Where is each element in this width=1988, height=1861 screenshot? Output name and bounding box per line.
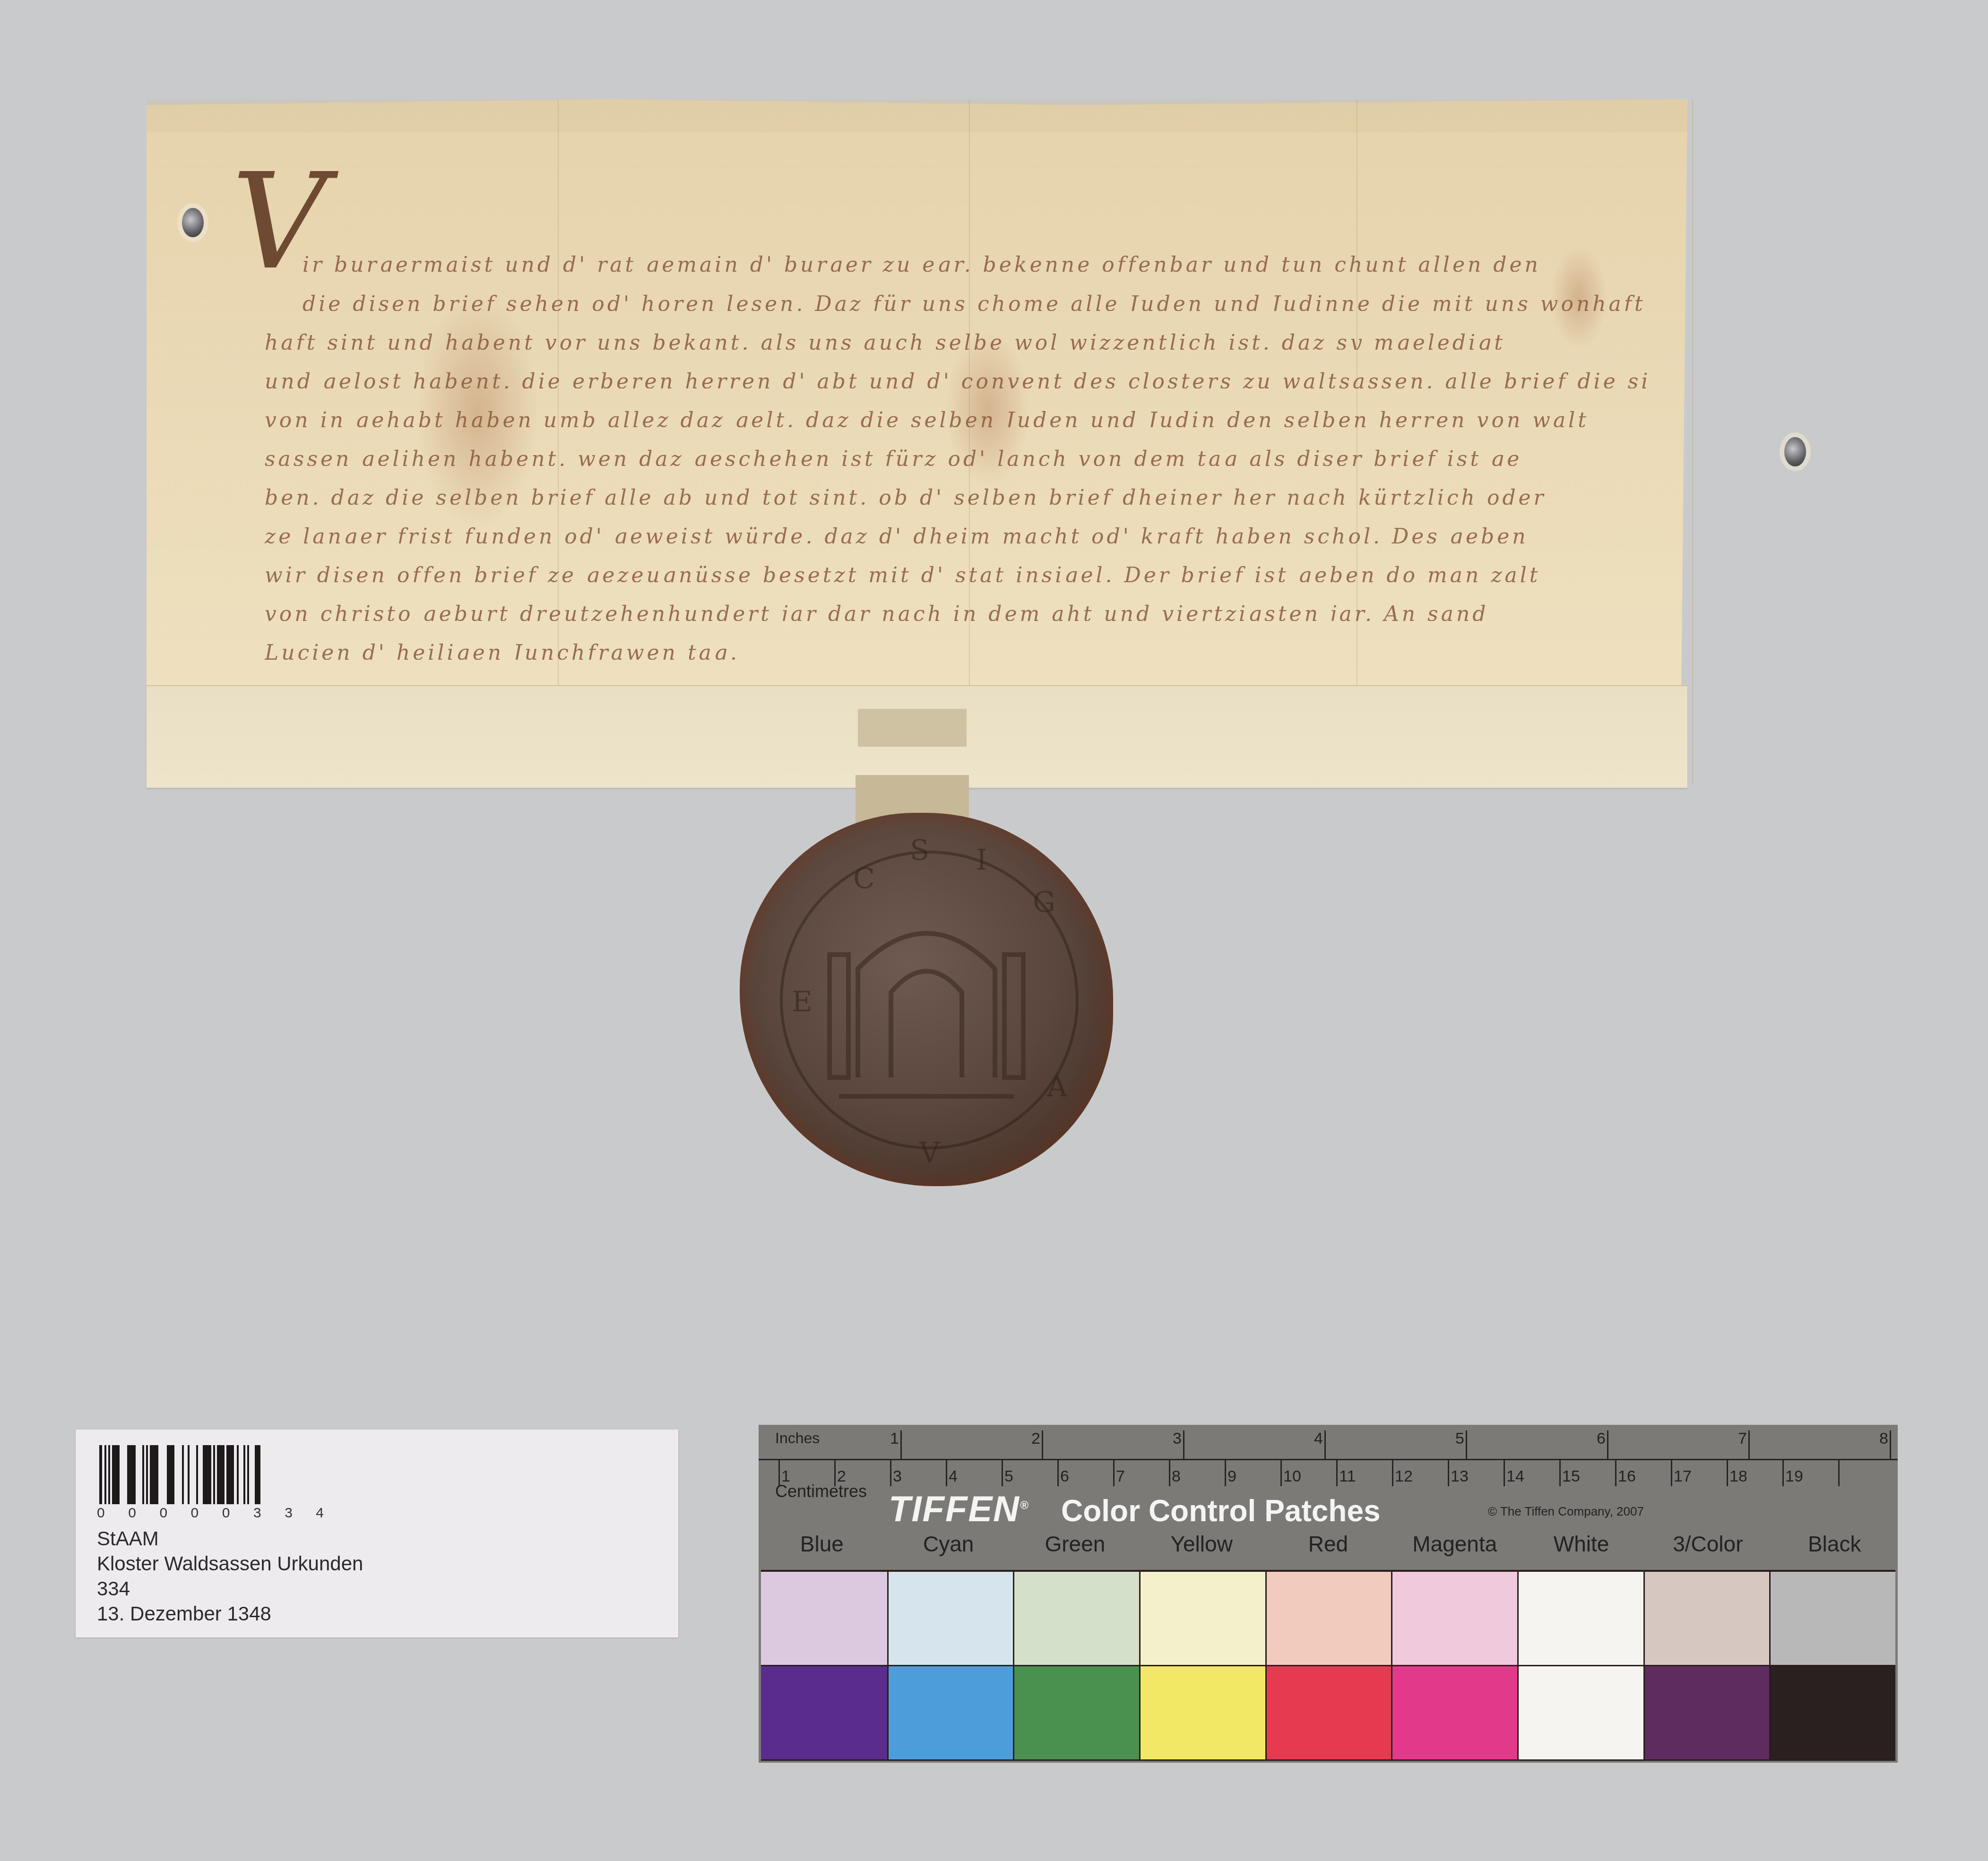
cm-mark: 8 (1172, 1467, 1181, 1486)
color-patch-red-light (1265, 1572, 1392, 1666)
svg-text:A: A (1046, 1070, 1068, 1103)
label-date: 13. Dezember 1348 (97, 1603, 271, 1625)
cm-mark: 3 (893, 1467, 902, 1486)
barcode-digit: 0 (159, 1505, 167, 1524)
color-patch-blue-dark (761, 1666, 887, 1761)
color-patch-white-light (1517, 1572, 1643, 1666)
patch-label: Cyan (885, 1531, 1012, 1564)
ruler: 1 2 3 4 5 6 7 8 1 2 3 4 5 6 7 8 9 10 11 … (759, 1425, 1898, 1491)
patch-label: Red (1265, 1531, 1392, 1564)
cm-mark: 12 (1395, 1467, 1413, 1486)
script-line: von in gehabt haben umb allez daz gelt. … (265, 408, 1706, 427)
color-patch-grid (761, 1570, 1895, 1761)
barcode-digit: 0 (97, 1505, 105, 1524)
color-patch-magenta-dark (1391, 1666, 1517, 1761)
script-line: haft sint und habent vor uns bekant. als… (265, 331, 1706, 350)
inch-mark: 2 (1031, 1430, 1040, 1448)
label-collection: Kloster Waldsassen Urkunden (97, 1552, 363, 1575)
color-patch-yellow-light (1139, 1572, 1265, 1666)
mounting-hole-icon (182, 208, 204, 237)
patch-label: Black (1771, 1531, 1898, 1564)
inch-mark: 6 (1597, 1430, 1606, 1448)
inches-label: Inches (775, 1430, 820, 1447)
svg-text:I: I (976, 844, 987, 877)
inch-mark: 4 (1314, 1430, 1323, 1448)
centimetres-label: Centimetres (775, 1482, 867, 1501)
inch-mark: 7 (1738, 1430, 1747, 1448)
chart-title: Color Control Patches (1061, 1493, 1381, 1528)
cm-mark: 19 (1785, 1467, 1803, 1486)
script-line: und gelost habent. die erberen herren d'… (265, 370, 1706, 388)
cm-mark: 6 (1060, 1467, 1069, 1486)
barcode-digit: 3 (285, 1505, 293, 1524)
label-number: 334 (97, 1577, 130, 1600)
decorated-initial: V (232, 156, 307, 298)
cm-mark: 7 (1116, 1467, 1125, 1486)
barcode-digit: 0 (222, 1505, 230, 1524)
color-patch-magenta-light (1391, 1572, 1517, 1666)
seal-gateway-icon: SCI GEAV (740, 813, 1113, 1186)
svg-text:S: S (910, 834, 929, 867)
barcode-digit: 3 (253, 1505, 261, 1524)
patch-labels: Blue Cyan Green Yellow Red Magenta White… (759, 1531, 1898, 1564)
patch-label: White (1518, 1531, 1645, 1564)
cm-mark: 15 (1562, 1467, 1580, 1486)
copyright-text: © The Tiffen Company, 2007 (1488, 1504, 1644, 1519)
parchment-crease (558, 99, 559, 784)
cm-mark: 18 (1729, 1467, 1747, 1486)
patch-label: Green (1012, 1531, 1139, 1564)
inch-mark: 8 (1879, 1430, 1888, 1448)
brand-name: TIFFEN (889, 1489, 1020, 1529)
script-line: von christo geburt dreutzehenhundert jar… (265, 602, 1706, 621)
mounting-hole-icon (1784, 437, 1806, 466)
svg-text:G: G (1033, 886, 1055, 919)
svg-text:V: V (919, 1137, 941, 1170)
seal-strap-slot (858, 709, 967, 747)
parchment-crease (1692, 99, 1693, 784)
color-patch-black-light (1769, 1572, 1895, 1666)
barcode (99, 1445, 321, 1504)
color-patch-green-dark (1013, 1666, 1139, 1761)
color-patch-yellow-dark (1139, 1666, 1265, 1761)
color-patch-red-dark (1265, 1666, 1392, 1761)
cm-mark: 17 (1674, 1467, 1692, 1486)
patch-label: Yellow (1138, 1531, 1265, 1564)
tiffen-logo: TIFFEN® (889, 1489, 1029, 1530)
label-archive: StAAM (97, 1527, 159, 1550)
parchment-top-fold (147, 99, 1687, 132)
color-patch-blue-light (761, 1572, 887, 1666)
color-patch-white-dark (1517, 1666, 1643, 1761)
color-patch-black-dark (1769, 1666, 1895, 1761)
cm-mark: 10 (1283, 1467, 1301, 1486)
color-patch-3-color-light (1643, 1572, 1770, 1666)
barcode-digits: 0 0 0 0 0 3 3 4 (97, 1505, 324, 1524)
color-patch-green-light (1013, 1572, 1139, 1666)
inch-mark: 3 (1173, 1430, 1182, 1448)
patch-label: Blue (759, 1531, 885, 1564)
cm-mark: 14 (1506, 1467, 1524, 1486)
cm-mark: 4 (949, 1467, 958, 1486)
script-line: ben. daz die selben brief alle ab und to… (265, 486, 1706, 505)
barcode-digit: 0 (128, 1505, 136, 1524)
parchment-crease (1357, 99, 1357, 784)
script-line: sassen gelihen habent. wen daz geschehen… (265, 447, 1706, 466)
cm-mark: 16 (1618, 1467, 1636, 1486)
inch-mark: 1 (890, 1430, 899, 1448)
barcode-digit: 0 (191, 1505, 199, 1524)
barcode-digit: 4 (316, 1505, 324, 1524)
script-line: wir disen offen brief ze gezeugnüsse bes… (265, 563, 1706, 582)
patch-label: Magenta (1392, 1531, 1518, 1564)
color-patch-cyan-dark (887, 1666, 1013, 1761)
inch-mark: 5 (1455, 1430, 1464, 1448)
cm-mark: 9 (1227, 1467, 1236, 1486)
patch-label: 3/Color (1644, 1531, 1771, 1564)
registered-mark: ® (1020, 1499, 1029, 1512)
script-line: ze langer frist funden od' geweist würde… (265, 525, 1706, 543)
color-patch-3-color-dark (1643, 1666, 1770, 1761)
cm-mark: 5 (1004, 1467, 1013, 1486)
script-line: die disen brief sehen od' horen lesen. D… (303, 292, 1697, 311)
script-line: ir burgermaist und d' rat gemain d' burg… (303, 253, 1692, 272)
cm-mark: 11 (1339, 1467, 1356, 1486)
script-line: Lucien d' heiligen Junchfrawen tag. (265, 641, 785, 660)
color-patch-cyan-light (887, 1572, 1013, 1666)
svg-text:C: C (853, 862, 875, 896)
cm-mark: 13 (1451, 1467, 1469, 1486)
svg-text:E: E (792, 985, 812, 1018)
